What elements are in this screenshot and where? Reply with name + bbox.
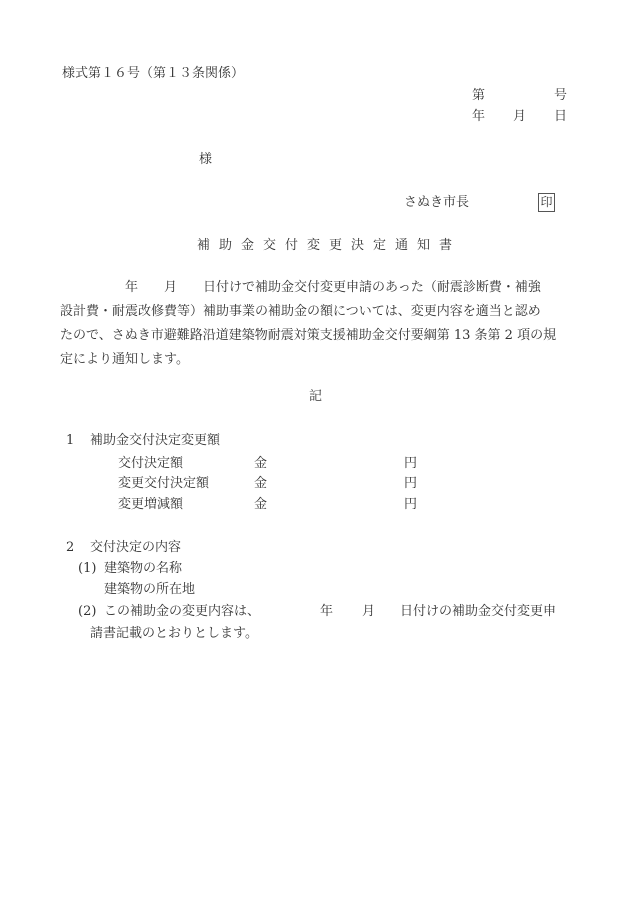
ki-heading: 記 xyxy=(309,389,322,405)
row-prefix-2: 金 xyxy=(254,476,267,492)
date-month: 月 xyxy=(513,109,526,125)
row-unit-2: 円 xyxy=(404,476,417,492)
row-unit-3: 円 xyxy=(404,497,417,513)
date-year: 年 xyxy=(472,109,485,125)
row-label-3: 変更増減額 xyxy=(118,497,183,513)
body-line-3: たので、さぬき市避難路沿道建築物耐震対策支援補助金交付要綱第 13 条第 2 項… xyxy=(60,328,556,344)
ref-no-prefix: 第 xyxy=(472,88,485,104)
row-label-1: 交付決定額 xyxy=(118,456,183,472)
row-label-2: 変更交付決定額 xyxy=(118,476,209,492)
section2-number: 2 xyxy=(66,540,74,556)
item1-sub: 建築物の所在地 xyxy=(104,582,195,598)
seal-mark: 印 xyxy=(538,193,555,212)
item1-label: 建築物の名称 xyxy=(104,561,182,577)
item1-marker: (1) xyxy=(78,561,96,577)
item2-marker: (2) xyxy=(78,604,96,620)
section2-heading: 交付決定の内容 xyxy=(90,540,181,556)
item2-month: 月 xyxy=(362,604,375,620)
issuer: さぬき市長 xyxy=(404,195,469,211)
item2-text-b: 日付けの補助金交付変更申 xyxy=(400,604,556,620)
row-unit-1: 円 xyxy=(404,456,417,472)
body-line-4: 定により通知します。 xyxy=(60,352,189,368)
body-line-1: 年 月 日付けで補助金交付変更申請のあった（耐震診断費・補強 xyxy=(60,280,541,296)
item2-year: 年 xyxy=(320,604,333,620)
item2-line2: 請書記載のとおりとします。 xyxy=(90,626,258,642)
item2-text-a: この補助金の変更内容は、 xyxy=(104,604,260,620)
document-title: 補助金交付変更決定通知書 xyxy=(197,238,461,254)
row-prefix-3: 金 xyxy=(254,497,267,513)
row-prefix-1: 金 xyxy=(254,456,267,472)
ref-no-suffix: 号 xyxy=(554,88,567,104)
date-day: 日 xyxy=(554,109,567,125)
section1-number: 1 xyxy=(66,433,74,449)
body-line-2: 設計費・耐震改修費等）補助事業の補助金の額については、変更内容を適当と認め xyxy=(60,304,541,320)
section1-heading: 補助金交付決定変更額 xyxy=(90,433,220,449)
form-number: 様式第１６号（第１３条関係） xyxy=(62,66,244,82)
addressee-suffix: 様 xyxy=(199,152,212,168)
